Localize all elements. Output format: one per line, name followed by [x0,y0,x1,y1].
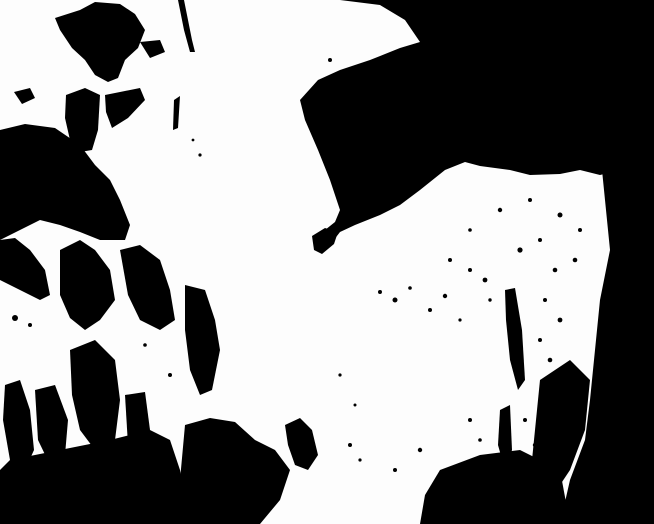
abstract-image [0,0,654,524]
ink-texture [0,0,654,524]
